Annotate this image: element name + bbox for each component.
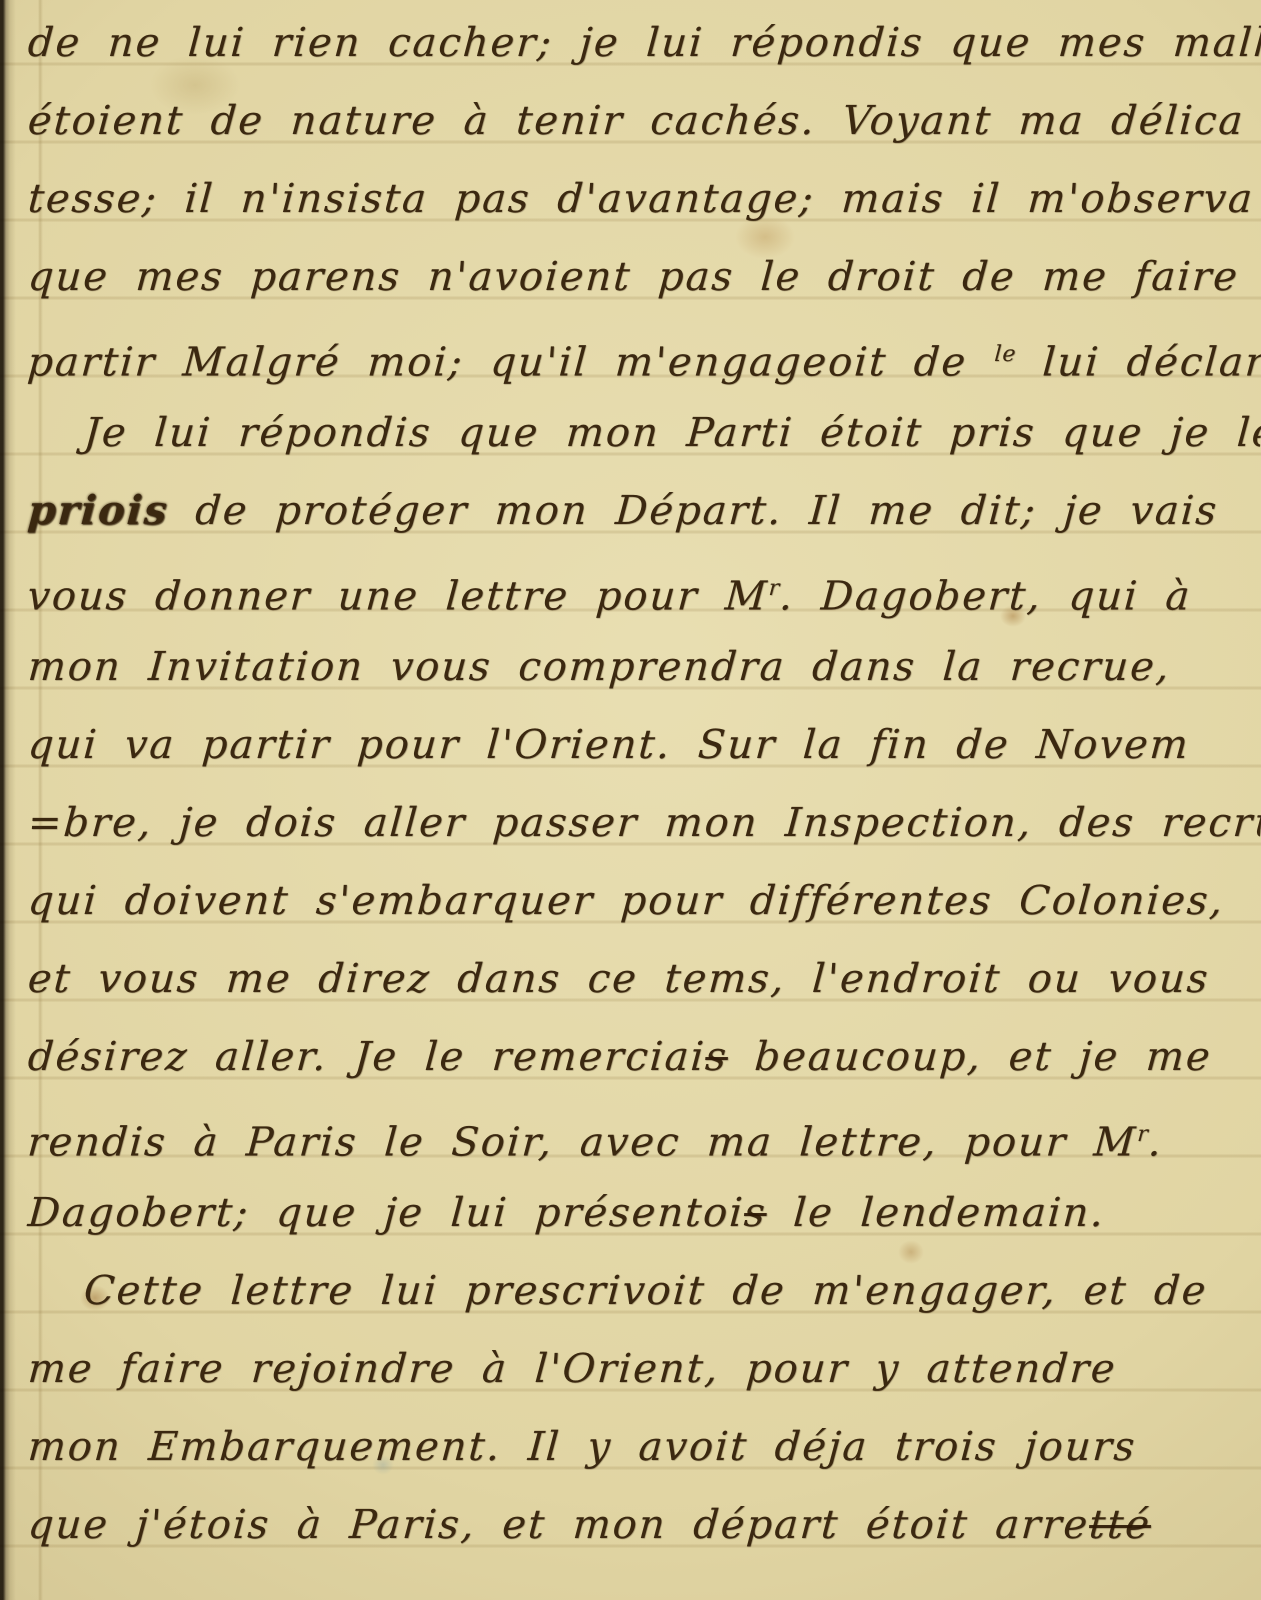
manuscript-segment: lui déclarer (1014, 339, 1261, 385)
manuscript-line: me faire rejoindre à l'Orient, pour y at… (0, 1330, 1261, 1408)
manuscript-page: de ne lui rien cacher; je lui répondis q… (0, 0, 1261, 1600)
manuscript-segment-sup: le (994, 342, 1018, 367)
manuscript-segment: partir Malgré moi; qu'il m'engageoit de (26, 339, 996, 385)
manuscript-segment: Dagobert; que je lui présentoi (26, 1190, 745, 1236)
manuscript-line: que mes parens n'avoient pas le droit de… (0, 238, 1261, 316)
manuscript-line: de ne lui rien cacher; je lui répondis q… (0, 4, 1261, 82)
manuscript-line: partir Malgré moi; qu'il m'engageoit de … (0, 316, 1261, 394)
manuscript-segment: de protéger mon Départ. Il me dit; je va… (167, 488, 1220, 534)
manuscript-line: et vous me direz dans ce tems, l'endroit… (0, 940, 1261, 1018)
manuscript-line: Cette lettre lui prescrivoit de m'engage… (0, 1252, 1261, 1330)
manuscript-segment: de ne lui rien cacher; je lui répondis q… (26, 20, 1261, 66)
manuscript-segment: mon Invitation vous comprendra dans la r… (26, 644, 1172, 690)
manuscript-segment: le lendemain. (765, 1190, 1107, 1236)
manuscript-segment: qui va partir pour l'Orient. Sur la fin … (26, 722, 1191, 768)
manuscript-segment: me faire rejoindre à l'Orient, pour y at… (26, 1346, 1118, 1392)
manuscript-segment: vous donner une lettre pour M (26, 573, 770, 619)
manuscript-segment: que j'étois à Paris, et mon départ étoit… (26, 1502, 1090, 1548)
manuscript-segment: désirez aller. Je le remerciai (26, 1034, 707, 1080)
manuscript-segment: . Dagobert, qui à (778, 573, 1193, 619)
manuscript-segment: . (1147, 1119, 1165, 1165)
manuscript-line: tesse; il n'insista pas d'avantage; mais… (0, 160, 1261, 238)
manuscript-line: mon Embarquement. Il y avoit déja trois … (0, 1408, 1261, 1486)
manuscript-line: désirez aller. Je le remerciais beaucoup… (0, 1018, 1261, 1096)
manuscript-line: mon Invitation vous comprendra dans la r… (0, 628, 1261, 706)
manuscript-segment: que mes parens n'avoient pas le droit de… (26, 254, 1240, 300)
manuscript-line: étoient de nature à tenir cachés. Voyant… (0, 82, 1261, 160)
manuscript-line: qui doivent s'embarquer pour différentes… (0, 862, 1261, 940)
manuscript-lines: de ne lui rien cacher; je lui répondis q… (0, 0, 1261, 1600)
manuscript-segment-strike: s (743, 1190, 769, 1236)
manuscript-segment: Je lui répondis que mon Parti étoit pris… (82, 410, 1261, 456)
manuscript-segment: étoient de nature à tenir cachés. Voyant… (26, 98, 1246, 144)
manuscript-segment: rendis à Paris le Soir, avec ma lettre, … (26, 1119, 1139, 1165)
manuscript-segment-blot: priois (26, 487, 170, 534)
manuscript-line: rendis à Paris le Soir, avec ma lettre, … (0, 1096, 1261, 1174)
manuscript-segment: beaucoup, et je me (726, 1034, 1213, 1080)
manuscript-line: =bre, je dois aller passer mon Inspectio… (0, 784, 1261, 862)
manuscript-line: qui va partir pour l'Orient. Sur la fin … (0, 706, 1261, 784)
manuscript-segment: qui doivent s'embarquer pour différentes… (26, 878, 1226, 924)
manuscript-segment: tesse; il n'insista pas d'avantage; mais… (26, 176, 1255, 222)
manuscript-segment: Cette lettre lui prescrivoit de m'engage… (82, 1268, 1209, 1314)
manuscript-line: Je lui répondis que mon Parti étoit pris… (0, 394, 1261, 472)
manuscript-segment: mon Embarquement. Il y avoit déja trois … (26, 1424, 1137, 1470)
manuscript-segment-strike: s (704, 1034, 730, 1080)
manuscript-line: que j'étois à Paris, et mon départ étoit… (0, 1486, 1261, 1564)
manuscript-segment: et vous me direz dans ce tems, l'endroit… (26, 956, 1211, 1002)
manuscript-line: vous donner une lettre pour Mr. Dagobert… (0, 550, 1261, 628)
manuscript-line: Dagobert; que je lui présentois le lende… (0, 1174, 1261, 1252)
manuscript-segment-strike: tté (1088, 1502, 1153, 1548)
manuscript-segment: =bre, je dois aller passer mon Inspectio… (26, 800, 1261, 846)
manuscript-line: priois de protéger mon Départ. Il me dit… (0, 472, 1261, 550)
